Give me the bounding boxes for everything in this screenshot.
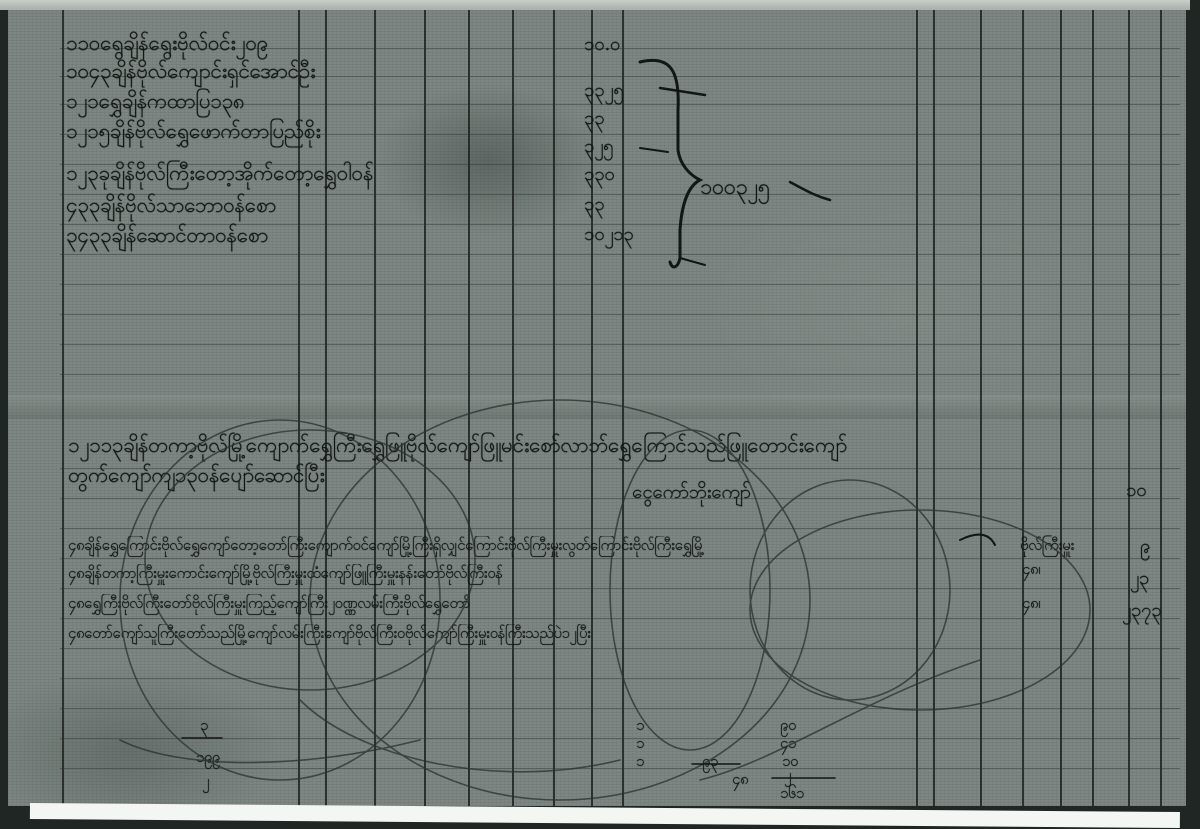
ruling-row xyxy=(60,618,1180,619)
paragraph-line: ၁၂၁၁၃ချိန်တကာ့ဗိုလ်မြို့ကျောက်ရွှေကြီးရွ… xyxy=(68,432,1128,463)
ruling-line xyxy=(1160,10,1162,806)
ledger-entry: ၁၂၁၅ချိန်ဗိုလ်ရွှေဖောက်တာပြည်စိုး xyxy=(66,118,320,149)
detail-line: ၄၈ချိန်ရွှေကြောင်းဗိုလ်ရွှေကျော်တော့တော်… xyxy=(68,536,918,558)
ruling-row xyxy=(60,648,1180,649)
calc-figure: ၄၈ xyxy=(732,770,748,792)
entry-amount: ၁၀၂၁၃ xyxy=(584,222,634,250)
ruling-line xyxy=(980,10,982,806)
ruling-row xyxy=(60,344,1180,345)
ruling-line xyxy=(325,10,327,806)
ruling-row xyxy=(60,738,1180,739)
ruling-line xyxy=(916,10,918,806)
subheading: ငွေကော်ဘိုးကျော် xyxy=(632,480,750,508)
ruling-line xyxy=(1022,10,1024,806)
entry-amount: ၃၃ xyxy=(584,106,604,134)
ruling-row xyxy=(60,314,1180,315)
ruling-line xyxy=(62,10,64,806)
column-note: ၄၈၊ xyxy=(1022,560,1040,582)
calc-figure: ၃ xyxy=(200,716,208,738)
ruling-row xyxy=(60,678,1180,679)
entry-amount: ၁၀.၀ xyxy=(584,32,620,60)
column-note: ဗိုလ်ကြီးမှူး xyxy=(1020,536,1074,558)
ruling-row xyxy=(60,768,1180,769)
ledger-entry: ၄၃၃ချိန်ဗိုလ်သာဘောဝန်စော xyxy=(66,192,276,223)
bracket-total: ၁၀၀၃၂၅ xyxy=(700,172,770,205)
detail-line: ၄၈ရွှေကြီးဗိုလ်ကြီးတော်ဗိုလ်ကြီးမှူးကြည့… xyxy=(68,594,868,616)
ledger-entry: ၁၂၁ရွှေချိန်ကထာပြ၁၃၈ xyxy=(66,88,244,119)
calc-figure: ၂ xyxy=(202,772,209,794)
ruling-line xyxy=(933,10,935,806)
entry-amount: ၃၂၅ xyxy=(584,134,613,162)
ruling-line xyxy=(374,10,376,806)
ruling-row xyxy=(60,588,1180,589)
calc-figure: ၉၃ xyxy=(702,752,718,774)
scan-bottom-edge xyxy=(30,803,1180,828)
ruling-row xyxy=(60,558,1180,559)
ruling-row xyxy=(60,374,1180,375)
calc-figure: ၁၉၉ xyxy=(196,748,220,770)
ruling-row xyxy=(60,284,1180,285)
ruling-row xyxy=(60,708,1180,709)
ruling-line xyxy=(1128,10,1130,806)
column-note: ၄၈၊ xyxy=(1022,594,1040,616)
ruling-line xyxy=(1092,10,1094,806)
ledger-entry: ၁၀၄၃ချိန်ဗိုလ်ကျောင်းရှင်အောင်ဦး xyxy=(66,58,315,89)
scan-top-edge xyxy=(0,0,1190,10)
entry-amount: ၃၃ xyxy=(584,192,604,220)
margin-number: ၁၀ xyxy=(1126,478,1146,506)
far-right-number: ၂၃၇၃ xyxy=(1122,598,1161,626)
page-fold-crease xyxy=(8,395,1186,419)
calc-figure: ၁၆၁ xyxy=(780,784,804,806)
paragraph-line: တွက်ကျော်ကျ၁၃ဝန်ပျော်ဆောင်ပြီး xyxy=(68,462,324,493)
manuscript-scan: ၁၁၀ရွေချိန်ရွေးဗိုလ်ဝင်း၂၀၉ ၁၀၄၃ချိန်ဗို… xyxy=(0,0,1200,829)
ruling-line xyxy=(553,10,555,806)
ruling-line xyxy=(468,10,470,806)
ruling-row xyxy=(60,528,1180,529)
ruling-line xyxy=(1060,10,1062,806)
ruling-line xyxy=(424,10,426,806)
ruling-row xyxy=(60,498,1180,499)
detail-line: ၄၈တော်ကျော်သူကြီးတော်သည်မြို့ကျော်လမ်းကြ… xyxy=(68,624,918,646)
ledger-entry: ၃၄၃၃ချိန်ဆောင်တာဝန်စော xyxy=(66,222,268,253)
ledger-entry: ၁၂၃ခုချိန်ဗိုလ်ကြီးတော့အိုက်တော့ရွှေဝါဝန… xyxy=(66,160,373,191)
far-right-number: ၉ xyxy=(1140,534,1150,562)
calc-mark: ၁ xyxy=(636,752,644,774)
entry-amount: ၃၃၀ xyxy=(584,162,615,190)
ledger-entry: ၁၁၀ရွေချိန်ရွေးဗိုလ်ဝင်း၂၀၉ xyxy=(66,30,268,61)
far-right-number: ၂၃ xyxy=(1130,566,1149,594)
ruling-line xyxy=(512,10,514,806)
ruling-row xyxy=(60,254,1180,255)
entry-amount: ၃၃၂၅ xyxy=(584,78,623,106)
ruling-line xyxy=(622,10,624,806)
detail-line: ၄၈ချိန်တကာ့ကြီးမှူးကောင်းကျော်မြို့ဗိုလ်… xyxy=(68,564,868,586)
